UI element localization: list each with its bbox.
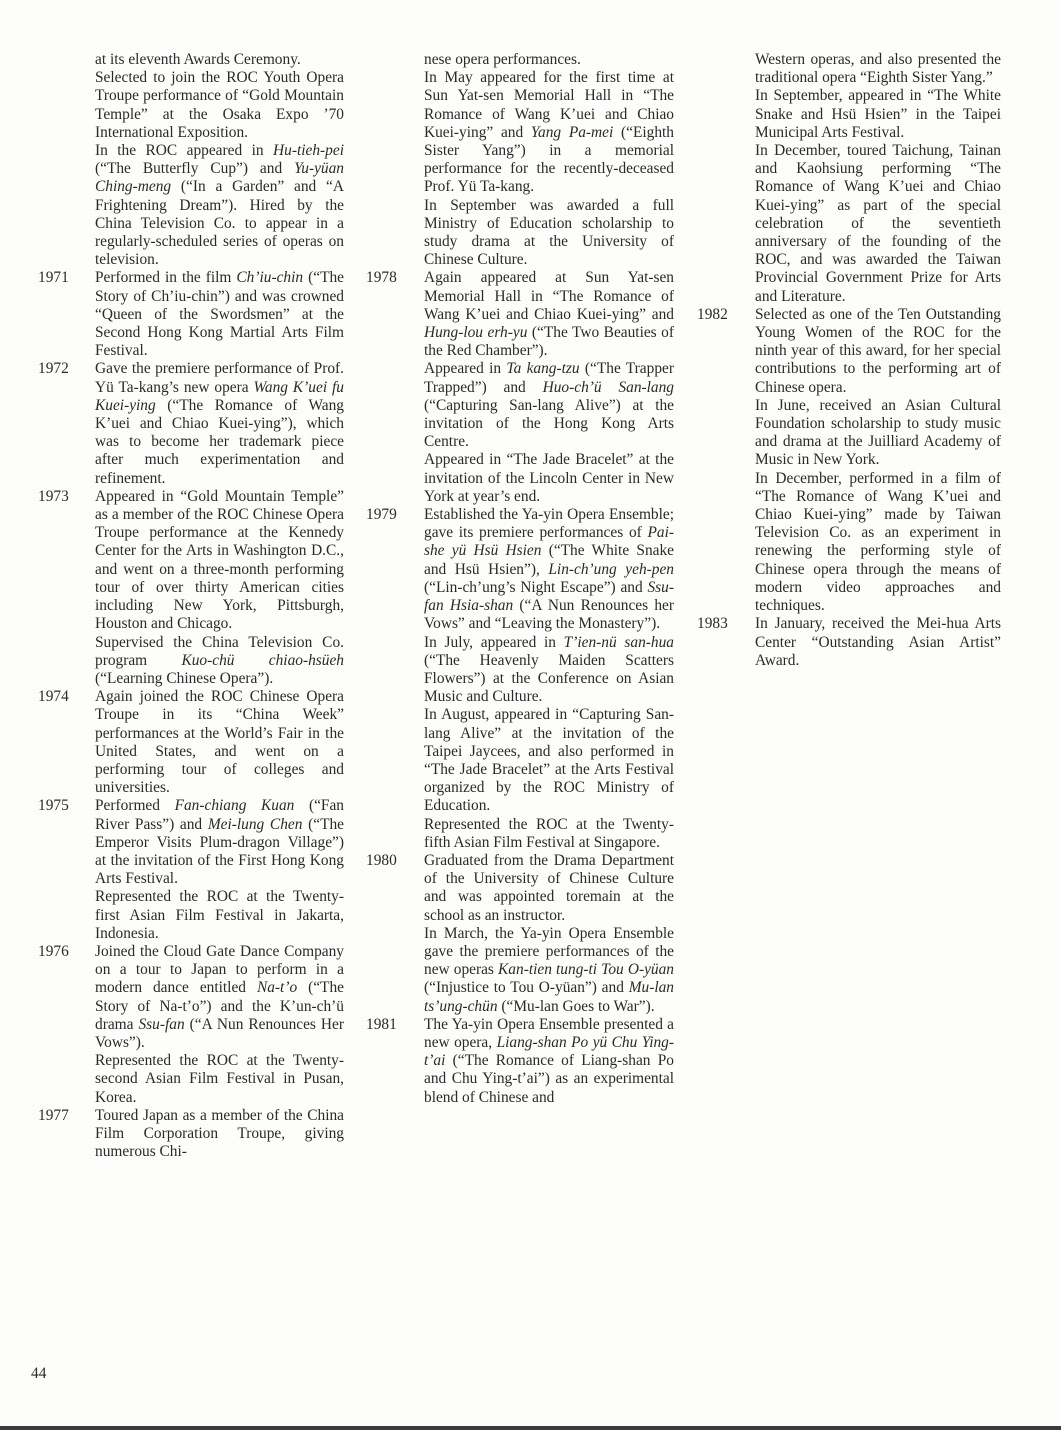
timeline-entry-1978: 1978Again appeared at Sun Yat-sen Memori…: [366, 269, 674, 506]
romanized-title: Huo-ch’ü San-lang: [543, 379, 674, 396]
timeline-entry-1976: 1976Joined the Cloud Gate Dance Company …: [38, 943, 344, 1107]
text-run: Again appeared at Sun Yat-sen Memorial H…: [424, 269, 674, 322]
entry-body: Appeared in “Gold Mountain Temple” as a …: [95, 488, 344, 688]
text-run: (“Injustice to Tou O-yüan”) and: [424, 979, 629, 996]
timeline-entry-1974: 1974Again joined the ROC Chinese Opera T…: [38, 688, 344, 797]
text-run: Represented the ROC at the Twenty-second…: [95, 1052, 344, 1105]
romanized-title: Ch’iu-chin: [236, 269, 303, 286]
timeline-entry-1981: 1981The Ya-yin Opera Ensemble presented …: [366, 1016, 674, 1107]
text-run: In June, received an Asian Cultural Foun…: [755, 397, 1001, 469]
entry-year: 1981: [366, 1016, 424, 1107]
text-run: (“The Heavenly Maiden Scatters Flowers”)…: [424, 652, 674, 705]
entry-body: Gave the premiere performance of Prof. Y…: [95, 360, 344, 487]
romanized-title: Kan-tien tung-ti Tou O-yüan: [498, 961, 674, 978]
text-run: (“The Butterfly Cup”) and: [95, 160, 294, 177]
entry-body: In January, received the Mei-hua Arts Ce…: [755, 615, 1001, 670]
text-run: Performed in the film: [95, 269, 236, 286]
entry-paragraph: In December, toured Taichung, Tainan and…: [755, 142, 1001, 306]
entry-paragraph: Performed in the film Ch’iu-chin (“The S…: [95, 269, 344, 360]
entry-year: [697, 51, 755, 306]
entry-body: Again appeared at Sun Yat-sen Memorial H…: [424, 269, 674, 506]
timeline-entry-1979: 1979Established the Ya-yin Opera Ensembl…: [366, 506, 674, 852]
text-run: In the ROC appeared in: [95, 142, 273, 159]
entry-paragraph: In September was awarded a full Ministry…: [424, 197, 674, 270]
entry-year: 1983: [697, 615, 755, 670]
entry-paragraph: Appeared in Ta kang-tzu (“The Trapper Tr…: [424, 360, 674, 451]
timeline-entry-1982: 1982Selected as one of the Ten Outstandi…: [697, 306, 1001, 615]
entry-paragraph: Joined the Cloud Gate Dance Company on a…: [95, 943, 344, 1052]
text-run: Toured Japan as a member of the China Fi…: [95, 1107, 344, 1160]
timeline-entry-1975: 1975Performed Fan-chiang Kuan (“Fan Rive…: [38, 797, 344, 943]
entry-paragraph: Selected to join the ROC Youth Opera Tro…: [95, 69, 344, 142]
entry-body: Established the Ya-yin Opera Ensemble; g…: [424, 506, 674, 852]
entry-year: 1974: [38, 688, 95, 797]
text-run: In July, appeared in: [424, 634, 564, 651]
text-run: In January, received the Mei-hua Arts Ce…: [755, 615, 1001, 668]
entry-paragraph: Represented the ROC at the Twenty-second…: [95, 1052, 344, 1107]
text-run: (“The Romance of Liang-shan Po and Chu Y…: [424, 1052, 674, 1105]
text-run: Western operas, and also presented the t…: [755, 51, 1001, 86]
text-run: Graduated from the Drama Department of t…: [424, 852, 674, 924]
text-run: Established the Ya-yin Opera Ensemble; g…: [424, 506, 674, 541]
entry-body: Performed Fan-chiang Kuan (“Fan River Pa…: [95, 797, 344, 943]
text-run: In December, performed in a film of “The…: [755, 470, 1001, 614]
entry-year: 1973: [38, 488, 95, 688]
text-run: In September, appeared in “The White Sna…: [755, 87, 1001, 140]
entry-paragraph: Western operas, and also presented the t…: [755, 51, 1001, 87]
text-run: (“Capturing San-lang Alive”) at the invi…: [424, 397, 674, 450]
entry-paragraph: In March, the Ya-yin Opera Ensemble gave…: [424, 925, 674, 1016]
romanized-title: Hu-tieh-pei: [273, 142, 344, 159]
entry-paragraph: In January, received the Mei-hua Arts Ce…: [755, 615, 1001, 670]
romanized-title: Kuo-chü chiao-hsüeh: [181, 652, 344, 669]
entry-year: 1975: [38, 797, 95, 943]
entry-paragraph: Again joined the ROC Chinese Opera Troup…: [95, 688, 344, 797]
entry-paragraph: Gave the premiere performance of Prof. Y…: [95, 360, 344, 487]
page-number: 44: [31, 1365, 46, 1383]
romanized-title: Na-t’o: [257, 979, 297, 996]
romanized-title: Ssu-fan: [138, 1016, 184, 1033]
text-run: Appeared in “The Jade Bracelet” at the i…: [424, 451, 674, 504]
entry-paragraph: In September, appeared in “The White Sna…: [755, 87, 1001, 142]
text-run: Selected as one of the Ten Outstanding Y…: [755, 306, 1001, 396]
text-run: (“Mu-lan Goes to War”).: [498, 998, 655, 1015]
romanized-title: Yang Pa-mei: [531, 124, 613, 141]
entry-year: 1972: [38, 360, 95, 487]
entry-paragraph: In May appeared for the first time at Su…: [424, 69, 674, 196]
entry-paragraph: Supervised the China Television Co. prog…: [95, 634, 344, 689]
text-run: Appeared in: [424, 360, 506, 377]
text-run: In September was awarded a full Ministry…: [424, 197, 674, 269]
entry-year: [366, 51, 424, 269]
entry-year: [38, 51, 95, 269]
entry-paragraph: Toured Japan as a member of the China Fi…: [95, 1107, 344, 1162]
entry-paragraph: In June, received an Asian Cultural Foun…: [755, 397, 1001, 470]
entry-year: 1976: [38, 943, 95, 1107]
entry-year: 1978: [366, 269, 424, 506]
entry-paragraph: In August, appeared in “Capturing San-la…: [424, 706, 674, 815]
timeline-entry-1977: 1977Toured Japan as a member of the Chin…: [38, 1107, 344, 1162]
entry-paragraph: Selected as one of the Ten Outstanding Y…: [755, 306, 1001, 397]
entry-paragraph: In the ROC appeared in Hu-tieh-pei (“The…: [95, 142, 344, 269]
entry-body: Selected as one of the Ten Outstanding Y…: [755, 306, 1001, 615]
entry-body: Joined the Cloud Gate Dance Company on a…: [95, 943, 344, 1107]
text-run: Represented the ROC at the Twenty-fifth …: [424, 816, 674, 851]
entry-body: Performed in the film Ch’iu-chin (“The S…: [95, 269, 344, 360]
entry-year: 1977: [38, 1107, 95, 1162]
timeline-entry-continued: Western operas, and also presented the t…: [697, 51, 1001, 306]
entry-body: Toured Japan as a member of the China Fi…: [95, 1107, 344, 1162]
entry-body: Again joined the ROC Chinese Opera Troup…: [95, 688, 344, 797]
timeline-entry-1972: 1972Gave the premiere performance of Pro…: [38, 360, 344, 487]
romanized-title: Fan-chiang Kuan: [175, 797, 295, 814]
entry-body: Graduated from the Drama Department of t…: [424, 852, 674, 1016]
romanized-title: Hung-lou erh-yu: [424, 324, 527, 341]
timeline-entry-1973: 1973Appeared in “Gold Mountain Temple” a…: [38, 488, 344, 688]
timeline-column-1: at its eleventh Awards Ceremony.Selected…: [38, 51, 344, 1161]
text-run: Selected to join the ROC Youth Opera Tro…: [95, 69, 344, 141]
entry-paragraph: Appeared in “The Jade Bracelet” at the i…: [424, 451, 674, 506]
text-run: (“Lin-ch’ung’s Night Escape”) and: [424, 579, 647, 596]
entry-paragraph: In July, appeared in T’ien-nü san-hua (“…: [424, 634, 674, 707]
entry-paragraph: at its eleventh Awards Ceremony.: [95, 51, 344, 69]
entry-body: The Ya-yin Opera Ensemble presented a ne…: [424, 1016, 674, 1107]
entry-year: 1979: [366, 506, 424, 852]
timeline-entry-1983: 1983In January, received the Mei-hua Art…: [697, 615, 1001, 670]
entry-paragraph: nese opera performances.: [424, 51, 674, 69]
entry-paragraph: Represented the ROC at the Twenty-first …: [95, 888, 344, 943]
entry-body: Western operas, and also presented the t…: [755, 51, 1001, 306]
romanized-title: Lin-ch’ung yeh-pen: [548, 561, 674, 578]
text-run: In August, appeared in “Capturing San-la…: [424, 706, 674, 814]
timeline-column-2: nese opera performances.In May appeared …: [366, 51, 674, 1107]
timeline-entry-1980: 1980Graduated from the Drama Department …: [366, 852, 674, 1016]
entry-paragraph: Again appeared at Sun Yat-sen Memorial H…: [424, 269, 674, 360]
entry-paragraph: The Ya-yin Opera Ensemble presented a ne…: [424, 1016, 674, 1107]
entry-paragraph: Established the Ya-yin Opera Ensemble; g…: [424, 506, 674, 633]
text-run: Represented the ROC at the Twenty-first …: [95, 888, 344, 941]
text-run: In December, toured Taichung, Tainan and…: [755, 142, 1001, 305]
timeline-entry-continued: at its eleventh Awards Ceremony.Selected…: [38, 51, 344, 269]
entry-paragraph: Graduated from the Drama Department of t…: [424, 852, 674, 925]
timeline-column-3: Western operas, and also presented the t…: [697, 51, 1001, 670]
entry-year: 1982: [697, 306, 755, 615]
entry-body: at its eleventh Awards Ceremony.Selected…: [95, 51, 344, 269]
entry-year: 1971: [38, 269, 95, 360]
scan-edge-shadow: [0, 1426, 1061, 1430]
text-run: Again joined the ROC Chinese Opera Troup…: [95, 688, 344, 796]
text-run: nese opera performances.: [424, 51, 581, 68]
text-run: (“Learning Chinese Opera”).: [95, 670, 273, 687]
entry-year: 1980: [366, 852, 424, 1016]
entry-paragraph: Performed Fan-chiang Kuan (“Fan River Pa…: [95, 797, 344, 888]
text-run: Performed: [95, 797, 175, 814]
romanized-title: Mei-lung Chen: [208, 816, 303, 833]
romanized-title: T’ien-nü san-hua: [564, 634, 674, 651]
entry-body: nese opera performances.In May appeared …: [424, 51, 674, 269]
text-run: at its eleventh Awards Ceremony.: [95, 51, 301, 68]
entry-paragraph: Appeared in “Gold Mountain Temple” as a …: [95, 488, 344, 634]
text-run: Appeared in “Gold Mountain Temple” as a …: [95, 488, 344, 632]
entry-paragraph: In December, performed in a film of “The…: [755, 470, 1001, 616]
romanized-title: Ta kang-tzu: [506, 360, 579, 377]
entry-paragraph: Represented the ROC at the Twenty-fifth …: [424, 816, 674, 852]
timeline-entry-continued: nese opera performances.In May appeared …: [366, 51, 674, 269]
timeline-entry-1971: 1971Performed in the film Ch’iu-chin (“T…: [38, 269, 344, 360]
